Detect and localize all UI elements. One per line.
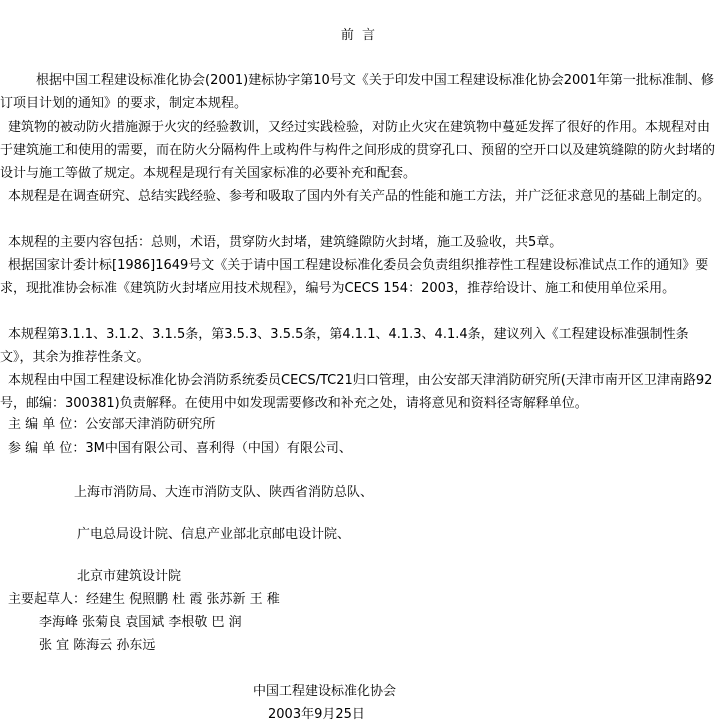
participating-unit-line-3: 广电总局设计院、信息产业部北京邮电设计院、 bbox=[77, 525, 350, 545]
paragraph-purpose: 建筑物的被动防火措施源于火灾的经验教训，又经过实践检验，对防止火灾在建筑物中蔓延… bbox=[0, 116, 716, 185]
paragraph-approval: 根据国家计委计标[1986]1649号文《关于请中国工程建设标准化委员会负责组织… bbox=[0, 254, 716, 300]
drafters-line-2: 李海峰 张菊良 袁国斌 李根敬 巴 润 bbox=[39, 613, 242, 633]
paragraph-mandatory-clauses: 本规程第3.1.1、3.1.2、3.1.5条，第3.5.3、3.5.5条，第4.… bbox=[0, 323, 716, 369]
participating-unit-line-4: 北京市建筑设计院 bbox=[77, 567, 181, 587]
paragraph-method: 本规程是在调查研究、总结实践经验、参考和吸取了国内外有关产品的性能和施工方法，并… bbox=[0, 185, 716, 208]
drafters-line-1: 主要起草人：经建生 倪照鹏 杜 霞 张苏新 王 稚 bbox=[8, 590, 280, 610]
paragraph-basis: 根据中国工程建设标准化协会(2001)建标协字第10号文《关于印发中国工程建设标… bbox=[0, 69, 716, 115]
chief-editor-unit: 主 编 单 位：公安部天津消防研究所 bbox=[8, 415, 215, 435]
document-title: 前 言 bbox=[0, 26, 718, 46]
participating-unit-line-2: 上海市消防局、大连市消防支队、陕西省消防总队、 bbox=[74, 483, 373, 503]
paragraph-contents: 本规程的主要内容包括：总则，术语，贯穿防火封堵，建筑缝隙防火封堵，施工及验收，共… bbox=[0, 231, 716, 254]
signature-organization: 中国工程建设标准化协会 bbox=[253, 682, 396, 702]
paragraph-management: 本规程由中国工程建设标准化协会消防系统委员CECS/TC21归口管理，由公安部天… bbox=[0, 369, 716, 415]
signature-date: 2003年9月25日 bbox=[268, 705, 365, 721]
participating-unit-line-1: 参 编 单 位：3M中国有限公司、喜利得（中国）有限公司、 bbox=[8, 439, 352, 459]
drafters-line-3: 张 宜 陈海云 孙东远 bbox=[39, 636, 155, 656]
